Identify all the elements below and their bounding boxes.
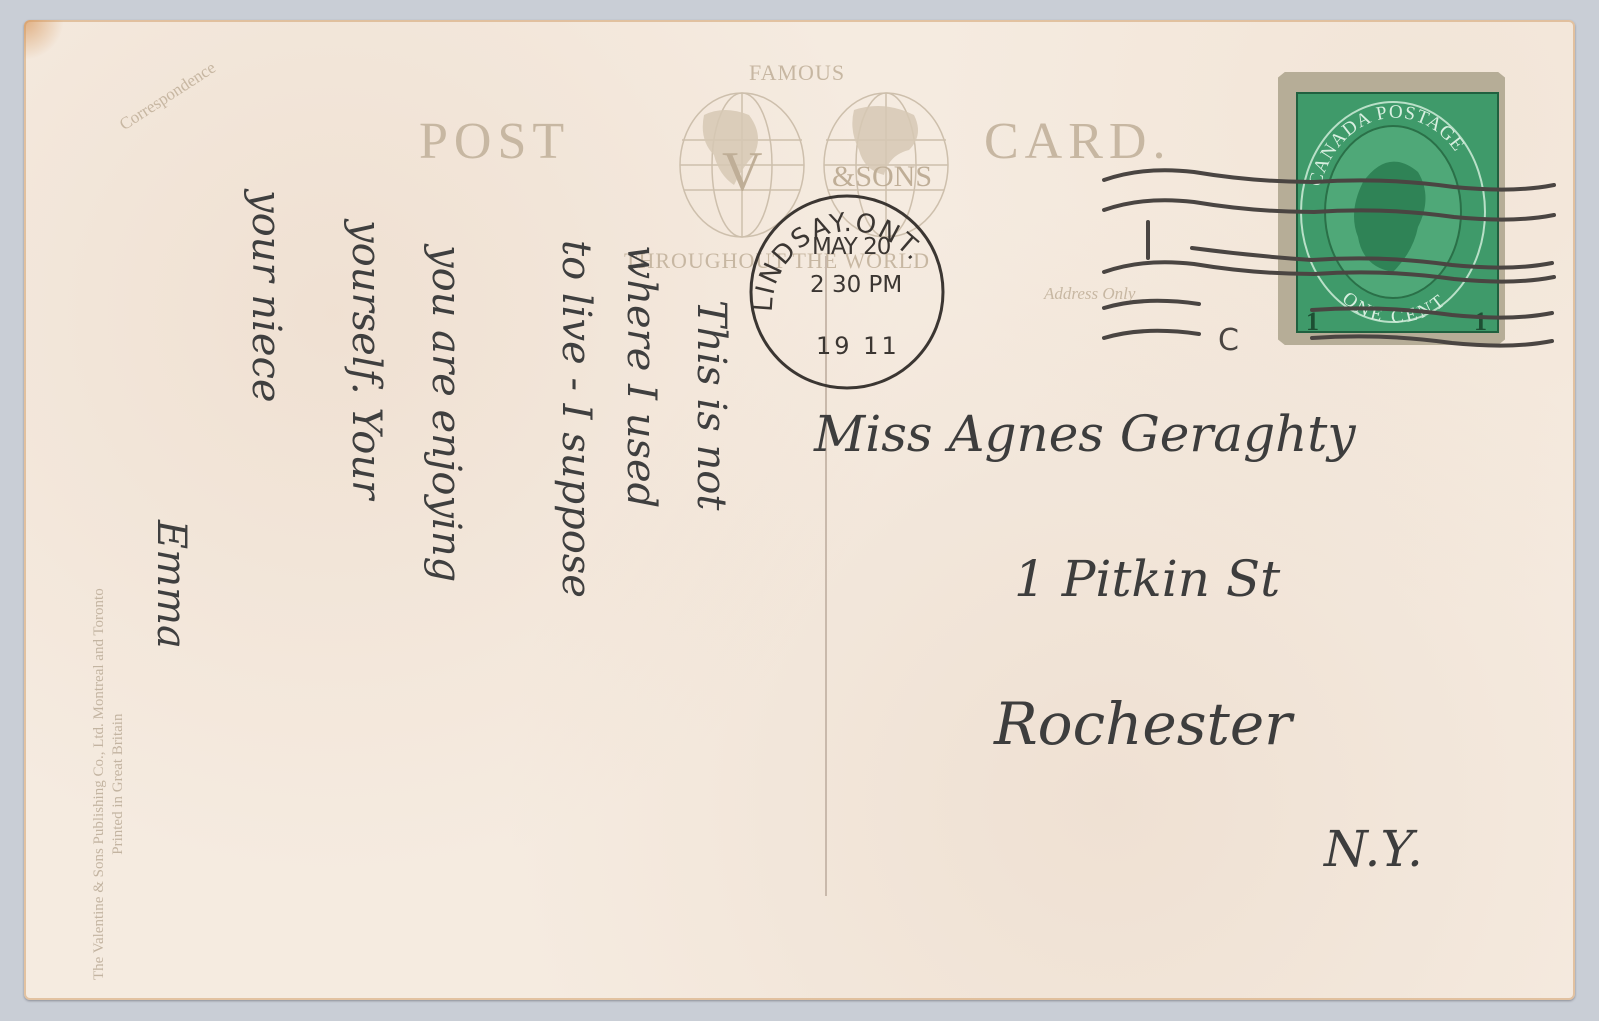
postmark-date: MAY 20 <box>812 234 890 260</box>
message-line: yourself. Your <box>343 220 389 499</box>
postmark-time: 2 30 PM <box>810 272 902 298</box>
postmark-year: 19 11 <box>816 332 900 360</box>
message-line: to live - I suppose <box>553 240 599 598</box>
message-line: you are enjoying <box>423 245 469 582</box>
publisher-line-1: The Valentine & Sons Publishing Co., Ltd… <box>90 588 109 980</box>
address-line-state: N.Y. <box>1324 820 1423 878</box>
publisher-imprint: The Valentine & Sons Publishing Co., Ltd… <box>90 588 128 980</box>
address-line-city: Rochester <box>994 690 1292 758</box>
famous-label: FAMOUS <box>749 60 845 86</box>
svg-text:&SONS: &SONS <box>832 160 932 193</box>
address-line-name: Miss Agnes Geraghty <box>814 405 1356 463</box>
correspondence-label: Correspondence <box>116 58 220 135</box>
worn-corner <box>24 20 64 60</box>
postcard: FAMOUS POST CARD. THROUGHOUT THE WORLD A… <box>24 20 1575 1000</box>
message-line: your niece <box>243 190 289 403</box>
message-signature: Emma <box>148 520 194 649</box>
cancellation-lines: C <box>1092 160 1572 390</box>
post-label: POST <box>419 112 570 171</box>
message-line: This is not <box>688 300 734 510</box>
publisher-line-2: Printed in Great Britain <box>109 588 128 980</box>
message-line: where I used <box>618 245 664 508</box>
address-line-street: 1 Pitkin St <box>1014 550 1280 608</box>
svg-text:C: C <box>1218 323 1239 358</box>
